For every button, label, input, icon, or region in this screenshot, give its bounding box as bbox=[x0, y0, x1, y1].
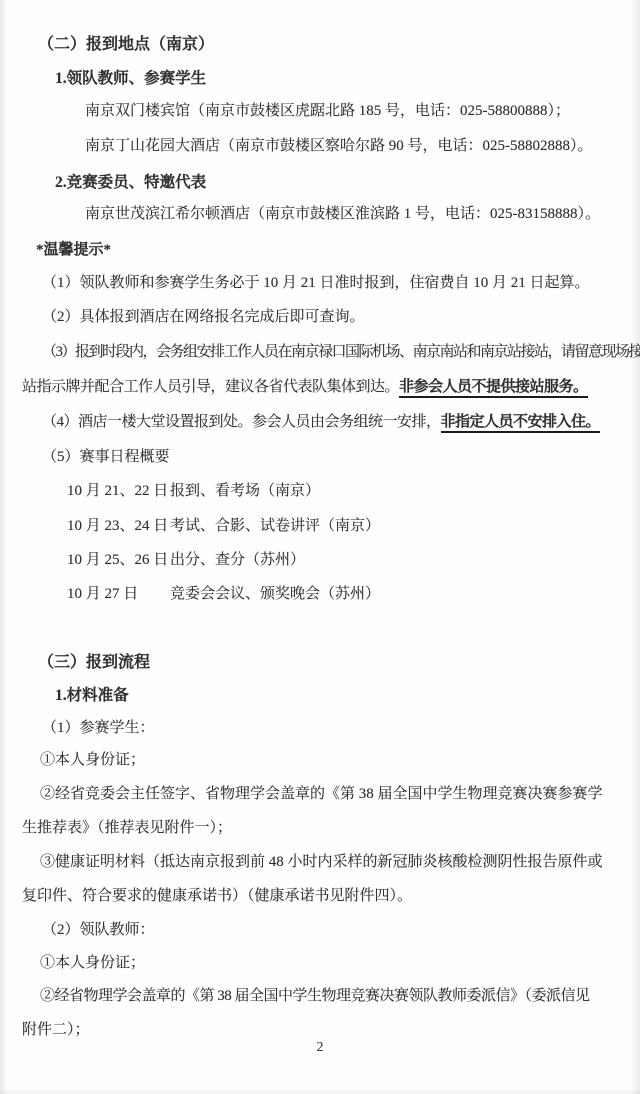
tip-3-continued: 站指示牌并配合工作人员引导，建议各省代表队集体到达。非参会人员不提供接站服务。 bbox=[22, 377, 588, 398]
hotel-hilton: 南京世茂滨江希尔顿酒店（南京市鼓楼区淮滨路 1 号，电话：025-8315888… bbox=[85, 204, 600, 225]
text-run: 2.竞赛委员、特邀代表 bbox=[55, 174, 206, 191]
teacher-doc-2-continued: 附件二）； bbox=[22, 1020, 90, 1041]
schedule-row-2: 10 月 23、24 日考试、合影、试卷讲评（南京） bbox=[67, 516, 380, 537]
item-teachers: （2）领队教师： bbox=[42, 920, 155, 941]
page-number: 2 bbox=[0, 1040, 640, 1056]
text-run: （三）报到流程 bbox=[38, 654, 150, 671]
hotel-shuangmenlou: 南京双门楼宾馆（南京市鼓楼区虎踞北路 185 号，电话：025-58800888… bbox=[85, 101, 570, 122]
text-run: 考试、合影、试卷讲评（南京） bbox=[170, 518, 380, 534]
text-run: ①本人身份证； bbox=[40, 752, 145, 768]
text-run: 10 月 23、24 日 bbox=[67, 516, 170, 537]
tip-2: （2）具体报到酒店在网络报名完成后即可查询。 bbox=[42, 307, 365, 328]
text-run: 复印件、符合要求的健康承诺书）（健康承诺书见附件四）。 bbox=[22, 888, 412, 904]
hotel-dingshan: 南京丁山花园大酒店（南京市鼓楼区察哈尔路 90 号，电话：025-5880288… bbox=[85, 136, 593, 157]
item-students: （1）参赛学生： bbox=[42, 718, 155, 739]
scan-edge-right bbox=[631, 0, 640, 1094]
text-run: （2）具体报到酒店在网络报名完成后即可查询。 bbox=[42, 309, 365, 325]
text-run: ②经省物理学会盖章的《第 38 届全国中学生物理竞赛决赛领队教师委派信》（委派信… bbox=[40, 988, 590, 1004]
section-heading-2: （二）报到地点（南京） bbox=[38, 34, 214, 55]
text-run: 南京世茂滨江希尔顿酒店（南京市鼓楼区淮滨路 1 号，电话：025-8315888… bbox=[85, 206, 600, 222]
text-run: ①本人身份证； bbox=[40, 955, 145, 971]
text-run: 南京双门楼宾馆（南京市鼓楼区虎踞北路 185 号，电话：025-58800888… bbox=[85, 103, 570, 119]
text-run: ②经省竞委会主任签字、省物理学会盖章的《第 38 届全国中学生物理竞赛决赛参赛学 bbox=[40, 786, 603, 802]
text-run: （5）赛事日程概要 bbox=[42, 449, 170, 465]
text-run: 1.材料准备 bbox=[55, 687, 129, 704]
schedule-row-4: 10 月 27 日竞委会会议、颁奖晚会（苏州） bbox=[67, 584, 380, 605]
text-run: （4）酒店一楼大堂设置报到处。参会人员由会务组统一安排， bbox=[42, 414, 441, 430]
teacher-doc-2: ②经省物理学会盖章的《第 38 届全国中学生物理竞赛决赛领队教师委派信》（委派信… bbox=[40, 986, 590, 1007]
section-heading-3: （三）报到流程 bbox=[38, 652, 150, 673]
text-run: 10 月 27 日 bbox=[67, 584, 170, 605]
text-run: （1）参赛学生： bbox=[42, 720, 155, 736]
text-run: 竞委会会议、颁奖晚会（苏州） bbox=[170, 586, 380, 602]
tip-1: （1）领队教师和参赛学生务必于 10 月 21 日准时报到，住宿费自 10 月 … bbox=[42, 273, 590, 294]
text-run: （2）领队教师： bbox=[42, 922, 155, 938]
text-run: （3）报到时段内，会务组安排工作人员在南京禄口国际机场、南京南站和南京站接站，请… bbox=[42, 344, 640, 360]
student-doc-2: ②经省竞委会主任签字、省物理学会盖章的《第 38 届全国中学生物理竞赛决赛参赛学 bbox=[40, 784, 603, 805]
text-run: 附件二）； bbox=[22, 1022, 90, 1038]
student-doc-2-continued: 生推荐表》（推荐表见附件一）； bbox=[22, 818, 232, 839]
student-doc-1: ①本人身份证； bbox=[40, 750, 145, 771]
subheading-leaders-students: 1.领队教师、参赛学生 bbox=[55, 68, 206, 89]
tip-3: （3）报到时段内，会务组安排工作人员在南京禄口国际机场、南京南站和南京站接站，请… bbox=[42, 342, 640, 363]
teacher-doc-1: ①本人身份证； bbox=[40, 953, 145, 974]
schedule-row-1: 10 月 21、22 日报到、看考场（南京） bbox=[67, 481, 320, 502]
emphasized-underlined-text: 非指定人员不安排入住。 bbox=[441, 414, 601, 433]
text-run: ③健康证明材料（抵达南京报到前 48 小时内采样的新冠肺炎核酸检测阴性报告原件或 bbox=[40, 854, 603, 870]
document-page: （二）报到地点（南京）1.领队教师、参赛学生南京双门楼宾馆（南京市鼓楼区虎踞北路… bbox=[0, 0, 640, 1094]
text-run: 10 月 21、22 日 bbox=[67, 481, 170, 502]
tip-5-schedule-title: （5）赛事日程概要 bbox=[42, 447, 170, 468]
text-run: 站指示牌并配合工作人员引导，建议各省代表队集体到达。 bbox=[22, 379, 399, 395]
text-run: 出分、查分（苏州） bbox=[170, 552, 305, 568]
student-doc-3: ③健康证明材料（抵达南京报到前 48 小时内采样的新冠肺炎核酸检测阴性报告原件或 bbox=[40, 852, 603, 873]
text-run: 10 月 25、26 日 bbox=[67, 550, 170, 571]
tip-4: （4）酒店一楼大堂设置报到处。参会人员由会务组统一安排，非指定人员不安排入住。 bbox=[42, 412, 600, 433]
student-doc-3-continued: 复印件、符合要求的健康承诺书）（健康承诺书见附件四）。 bbox=[22, 886, 412, 907]
schedule-row-3: 10 月 25、26 日出分、查分（苏州） bbox=[67, 550, 305, 571]
text-run: 生推荐表》（推荐表见附件一）； bbox=[22, 820, 232, 836]
subheading-committee-delegates: 2.竞赛委员、特邀代表 bbox=[55, 172, 206, 193]
text-run: （二）报到地点（南京） bbox=[38, 36, 214, 53]
emphasized-underlined-text: 非参会人员不提供接站服务。 bbox=[399, 379, 588, 398]
text-run: 1.领队教师、参赛学生 bbox=[55, 70, 206, 87]
subheading-materials: 1.材料准备 bbox=[55, 685, 129, 706]
text-run: 南京丁山花园大酒店（南京市鼓楼区察哈尔路 90 号，电话：025-5880288… bbox=[85, 138, 593, 154]
scan-edge-bottom bbox=[0, 1088, 640, 1094]
text-run: （1）领队教师和参赛学生务必于 10 月 21 日准时报到，住宿费自 10 月 … bbox=[42, 275, 590, 291]
scan-edge-left bbox=[0, 0, 7, 1094]
tips-title: *温馨提示* bbox=[36, 240, 111, 261]
text-run: *温馨提示* bbox=[36, 242, 111, 258]
text-run: 报到、看考场（南京） bbox=[170, 483, 320, 499]
